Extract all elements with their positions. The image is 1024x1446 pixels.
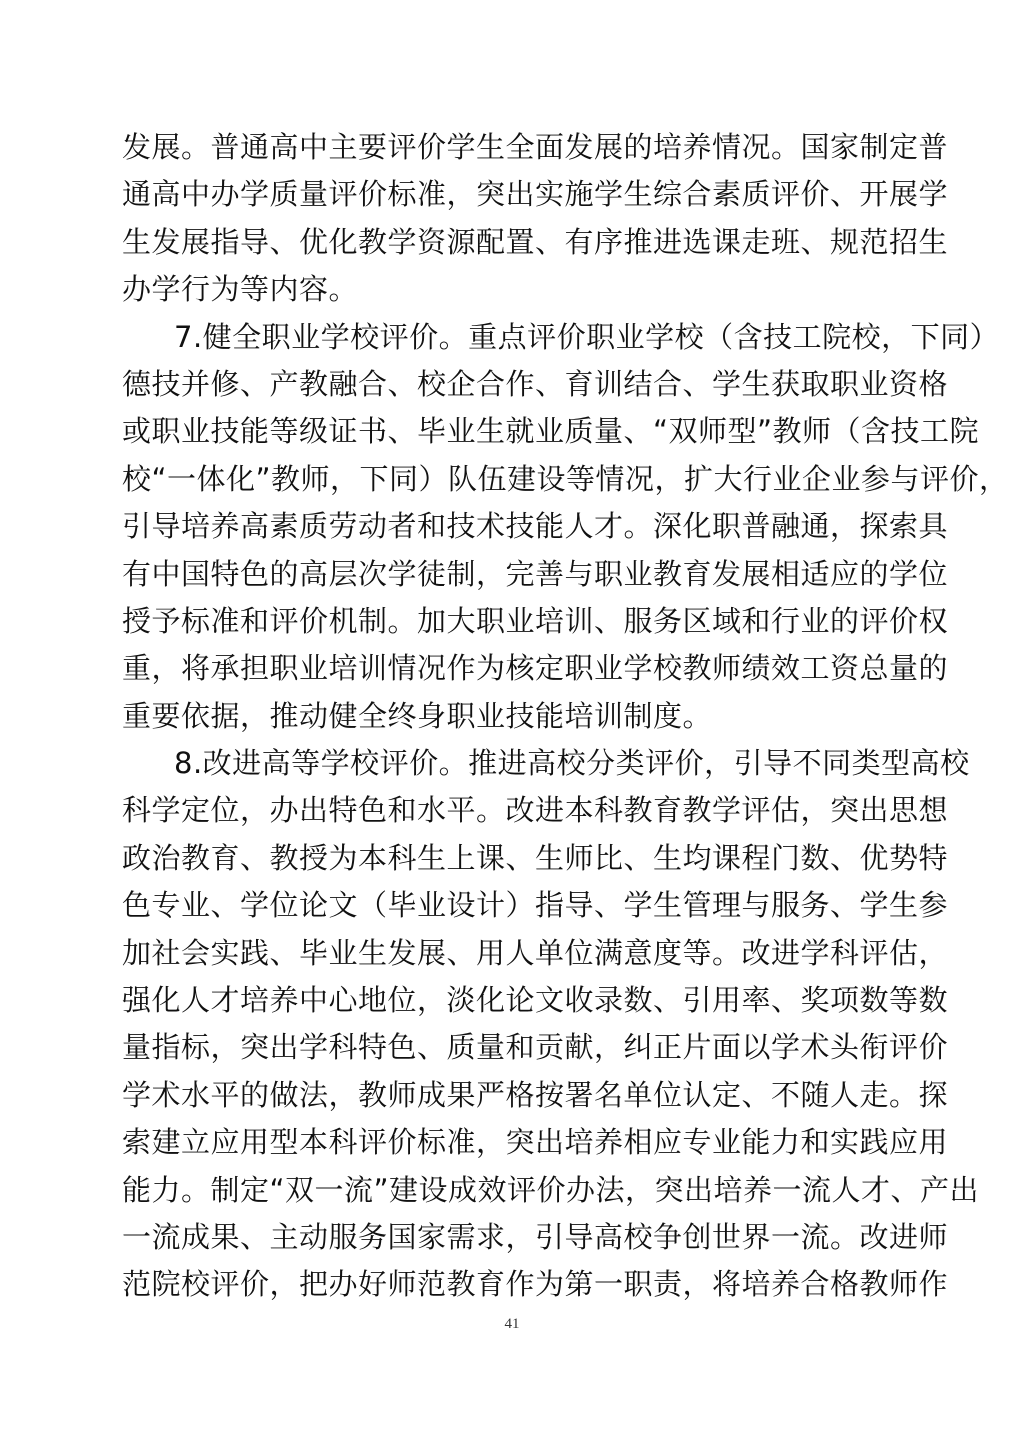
text-line: 发展。普通高中主要评价学生全面发展的培养情况。国家制定普 <box>122 124 908 171</box>
text-line: 重，将承担职业培训情况作为核定职业学校教师绩效工资总量的 <box>122 645 908 692</box>
paragraph-higher-education: 8.改进高等学校评价。推进高校分类评价，引导不同类型高校 科学定位，办出特色和水… <box>122 740 908 1309</box>
text-line: 有中国特色的高层次学徒制，完善与职业教育发展相适应的学位 <box>122 551 908 598</box>
body-text: 发展。普通高中主要评价学生全面发展的培养情况。国家制定普 通高中办学质量评价标准… <box>122 124 908 1309</box>
text-line: 科学定位，办出特色和水平。改进本科教育教学评估，突出思想 <box>122 787 908 834</box>
text-line: 量指标，突出学科特色、质量和贡献，纠正片面以学术头衔评价 <box>122 1024 908 1071</box>
text-line: 德技并修、产教融合、校企合作、育训结合、学生获取职业资格 <box>122 361 908 408</box>
paragraph-high-school: 发展。普通高中主要评价学生全面发展的培养情况。国家制定普 通高中办学质量评价标准… <box>122 124 908 314</box>
page-number: 41 <box>0 1316 1024 1333</box>
section-heading-line: 7.健全职业学校评价。重点评价职业学校（含技工院校，下同） <box>122 314 908 361</box>
text-line: 色专业、学位论文（毕业设计）指导、学生管理与服务、学生参 <box>122 882 908 929</box>
text-line: 范院校评价，把办好师范教育作为第一职责，将培养合格教师作 <box>122 1261 908 1308</box>
text-line: 校“一体化”教师，下同）队伍建设等情况，扩大行业企业参与评价， <box>122 456 908 503</box>
text-line: 强化人才培养中心地位，淡化论文收录数、引用率、奖项数等数 <box>122 977 908 1024</box>
section-heading-line: 8.改进高等学校评价。推进高校分类评价，引导不同类型高校 <box>122 740 908 787</box>
text-line: 办学行为等内容。 <box>122 266 908 313</box>
text-line: 加社会实践、毕业生发展、用人单位满意度等。改进学科评估， <box>122 930 908 977</box>
text-line: 通高中办学质量评价标准，突出实施学生综合素质评价、开展学 <box>122 171 908 218</box>
text-line: 索建立应用型本科评价标准，突出培养相应专业能力和实践应用 <box>122 1119 908 1166</box>
text-line: 引导培养高素质劳动者和技术技能人才。深化职普融通，探索具 <box>122 503 908 550</box>
text-line: 授予标准和评价机制。加大职业培训、服务区域和行业的评价权 <box>122 598 908 645</box>
text-line: 或职业技能等级证书、毕业生就业质量、“双师型”教师（含技工院 <box>122 408 908 455</box>
text-line: 学术水平的做法，教师成果严格按署名单位认定、不随人走。探 <box>122 1072 908 1119</box>
document-page: 发展。普通高中主要评价学生全面发展的培养情况。国家制定普 通高中办学质量评价标准… <box>0 0 1024 1446</box>
text-line: 重要依据，推动健全终身职业技能培训制度。 <box>122 693 908 740</box>
text-line: 能力。制定“双一流”建设成效评价办法，突出培养一流人才、产出 <box>122 1167 908 1214</box>
text-line: 政治教育、教授为本科生上课、生师比、生均课程门数、优势特 <box>122 835 908 882</box>
paragraph-vocational-school: 7.健全职业学校评价。重点评价职业学校（含技工院校，下同） 德技并修、产教融合、… <box>122 314 908 741</box>
text-line: 一流成果、主动服务国家需求，引导高校争创世界一流。改进师 <box>122 1214 908 1261</box>
text-line: 生发展指导、优化教学资源配置、有序推进选课走班、规范招生 <box>122 219 908 266</box>
